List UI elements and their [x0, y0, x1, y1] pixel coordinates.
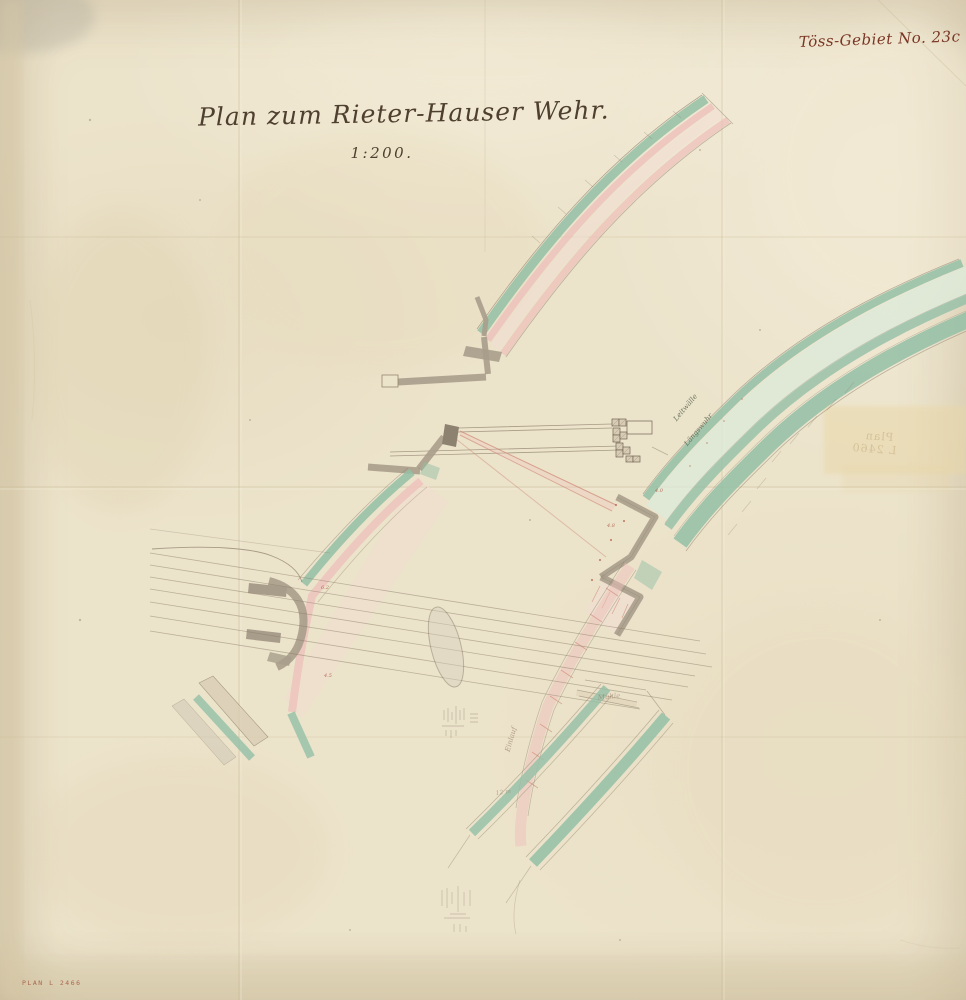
weir-post — [442, 424, 459, 447]
pencil-notes-2 — [442, 886, 470, 932]
sheet-scale: 1:200. — [351, 144, 414, 162]
tailrace-channel: Mühle — [448, 680, 673, 934]
bottom-left-stamp: PLAN L 2466 — [22, 979, 82, 987]
elevation-figures: 6.2 4.5 4.0 4.8 12 m — [321, 488, 664, 797]
elevation-4: 4.8 — [606, 523, 615, 529]
downstream-right-bank-canal: Leitwälle Längswuhr — [643, 259, 966, 551]
pencil-notes-1 — [442, 706, 478, 738]
elevation-2: 4.5 — [323, 673, 332, 679]
scanned-plan-sheet: Leitwälle Längswuhr Einlauf — [0, 0, 966, 1000]
weir-band-label: Einlauf — [503, 725, 518, 754]
stamp-bleed-patch — [824, 406, 966, 474]
sluice-opening — [382, 375, 398, 387]
canal-label-upper: Leitwälle — [671, 393, 699, 424]
elevation-1: 6.2 — [321, 585, 329, 591]
lower-left-structures — [172, 676, 268, 765]
plan-drawing-svg: Leitwälle Längswuhr Einlauf — [0, 0, 966, 1000]
paper-stains — [0, 0, 966, 1000]
head-channel-upper — [458, 424, 612, 432]
sheet-title: Plan zum Rieter-Hauser Wehr. — [197, 95, 610, 131]
sluice-building — [612, 419, 652, 462]
left-weir-band — [284, 468, 448, 757]
elevation-3: 4.0 — [654, 488, 664, 494]
gravel-island — [422, 604, 471, 691]
